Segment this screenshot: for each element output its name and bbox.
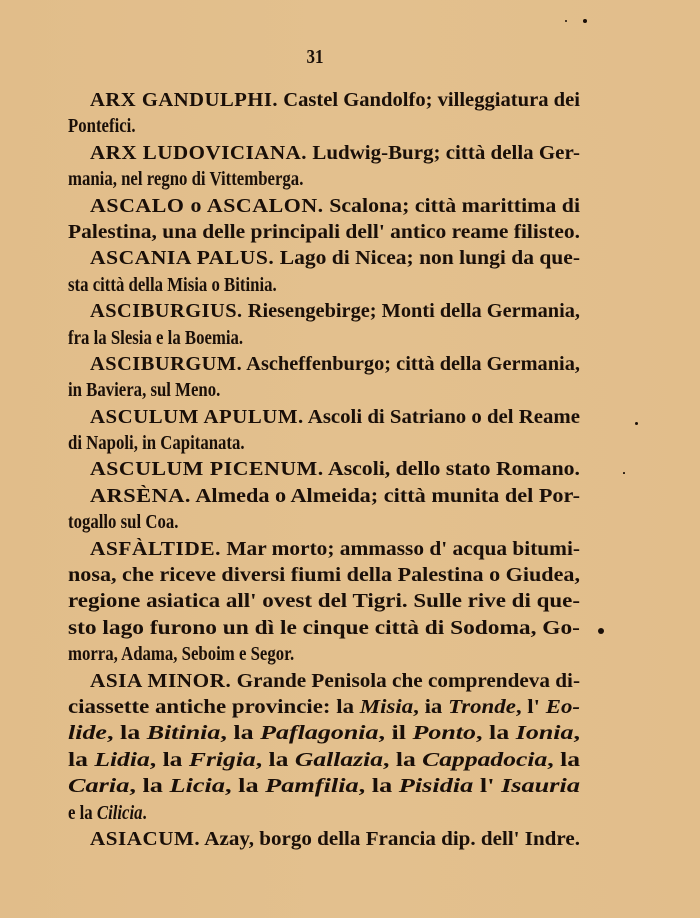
province-name: Lidia (94, 750, 149, 771)
text-line-content: ASCALO o ASCALON. Scalona; città maritti… (90, 194, 580, 220)
text-line: ASCULUM APULUM. Ascoli di Satriano o del… (68, 405, 580, 431)
entry-text: ciassette antiche provincie: la (68, 697, 360, 718)
province-name: Frigia (189, 750, 256, 771)
entry-text: nosa, che riceve diversi fiumi della Pal… (68, 565, 580, 586)
entry-headword: ASIA MINOR. (90, 671, 231, 692)
entry-text: , la (383, 750, 422, 771)
entry-text: Pontefici. (68, 116, 136, 137)
entry-text: Lago di Nicea; non lungi da que- (274, 248, 580, 269)
entry-headword: ASCULUM APULUM. (90, 407, 304, 428)
text-line: ciassette antiche provincie: la Misia, i… (68, 695, 580, 721)
text-line-content: regione asiatica all' ovest del Tigri. S… (68, 589, 580, 615)
province-name: Paflagonia (260, 723, 378, 744)
entry-text: Castel Gandolfo; villeggiatura dei (278, 90, 580, 111)
ink-speck (635, 422, 638, 425)
text-line: ASIA MINOR. Grande Penisola che comprend… (68, 669, 580, 695)
text-line-content: morra, Adama, Seboim e Segor. (68, 642, 294, 668)
text-line-content: togallo sul Coa. (68, 510, 178, 536)
entry-text: regione asiatica all' ovest del Tigri. S… (68, 591, 580, 612)
text-line: ARX LUDOVICIANA. Ludwig-Burg; città dell… (68, 141, 580, 167)
entry-text: Ludwig-Burg; città della Ger- (307, 143, 580, 164)
province-name: Caria (68, 776, 129, 797)
text-line: Palestina, una delle principali dell' an… (68, 220, 580, 246)
province-name: Gallazia (295, 750, 383, 771)
entry-text: , la (547, 750, 580, 771)
entry-text: mania, nel regno di Vittemberga. (68, 169, 303, 190)
ink-speck (598, 628, 604, 634)
province-name: Misia (360, 697, 413, 718)
entry-text: , la (359, 776, 399, 797)
text-line: di Napoli, in Capitanata. (68, 431, 580, 457)
text-line-content: sto lago furono un dì le cinque città di… (68, 616, 580, 642)
entry-text: sta città della Misia o Bitinia. (68, 275, 277, 296)
entry-headword: ASIACUM. (90, 829, 200, 850)
entry-headword: ASCALO o ASCALON. (90, 196, 324, 217)
entry-text: sto lago furono un dì le cinque città di… (68, 618, 580, 639)
entry-headword: ASCANIA PALUS. (90, 248, 274, 269)
entry-text: la (68, 750, 94, 771)
entry-text: , il (379, 723, 413, 744)
entry-text: Grande Penisola che comprendeva di- (231, 671, 580, 692)
entry-text: , la (150, 750, 189, 771)
entry-text: morra, Adama, Seboim e Segor. (68, 644, 294, 665)
ink-speck (583, 19, 587, 23)
text-line: nosa, che riceve diversi fiumi della Pal… (68, 563, 580, 589)
province-name: Ionia (516, 723, 574, 744)
text-line-content: Pontefici. (68, 114, 136, 140)
text-line: togallo sul Coa. (68, 510, 580, 536)
province-name: Cilicia (97, 803, 143, 824)
text-line: sto lago furono un dì le cinque città di… (68, 616, 580, 642)
text-line: in Baviera, sul Meno. (68, 378, 580, 404)
text-line-content: la Lidia, la Frigia, la Gallazia, la Cap… (68, 748, 580, 774)
entry-text: fra la Slesia e la Boemia. (68, 328, 243, 349)
text-line: la Lidia, la Frigia, la Gallazia, la Cap… (68, 748, 580, 774)
text-line-content: di Napoli, in Capitanata. (68, 431, 245, 457)
entry-text: , la (225, 776, 265, 797)
entry-text: . (143, 803, 147, 824)
text-line-content: ARSÈNA. Almeda o Almeida; città munita d… (90, 484, 580, 510)
text-line: lide, la Bitinia, la Paflagonia, il Pont… (68, 721, 580, 747)
province-name: lide (68, 723, 107, 744)
entry-text: togallo sul Coa. (68, 512, 178, 533)
text-line: ASCIBURGUM. Ascheffenburgo; città della … (68, 352, 580, 378)
text-line-content: lide, la Bitinia, la Paflagonia, il Pont… (68, 721, 580, 747)
entry-headword: ARSÈNA. (90, 486, 191, 507)
province-name: Eo- (546, 697, 580, 718)
province-name: Licia (170, 776, 225, 797)
entry-text: , ia (413, 697, 448, 718)
text-line-content: ASCANIA PALUS. Lago di Nicea; non lungi … (90, 246, 580, 272)
text-line-content: ASCIBURGIUS. Riesengebirge; Monti della … (90, 299, 580, 325)
entry-text: Ascheffenburgo; città della Germania, (242, 354, 580, 375)
entry-headword: ASCULUM PICENUM. (90, 459, 324, 480)
province-name: Bitinia (147, 723, 221, 744)
text-line-content: nosa, che riceve diversi fiumi della Pal… (68, 563, 580, 589)
entry-text: , (574, 723, 580, 744)
entry-text: , la (129, 776, 169, 797)
text-line: e la Cilicia. (68, 801, 580, 827)
text-line: ASCANIA PALUS. Lago di Nicea; non lungi … (68, 246, 580, 272)
text-line: ASCALO o ASCALON. Scalona; città maritti… (68, 194, 580, 220)
text-line-content: Caria, la Licia, la Pamfilia, la Pisidia… (68, 774, 580, 800)
book-page: 31 ARX GANDULPHI. Castel Gandolfo; ville… (0, 0, 700, 918)
text-line-content: ASCULUM PICENUM. Ascoli, dello stato Rom… (90, 457, 580, 483)
entry-text: , la (220, 723, 260, 744)
text-line: mania, nel regno di Vittemberga. (68, 167, 580, 193)
entry-headword: ASFÀLTIDE. (90, 539, 221, 560)
entry-text: , la (476, 723, 516, 744)
ink-speck (623, 472, 625, 474)
entry-text: , l' (516, 697, 546, 718)
province-name: Cappadocia (422, 750, 547, 771)
entry-text: Azay, borgo della Francia dip. dell' Ind… (200, 829, 580, 850)
text-line: fra la Slesia e la Boemia. (68, 326, 580, 352)
text-line-content: ARX LUDOVICIANA. Ludwig-Burg; città dell… (90, 141, 580, 167)
entry-text: Almeda o Almeida; città munita del Por- (191, 486, 580, 507)
text-line: Caria, la Licia, la Pamfilia, la Pisidia… (68, 774, 580, 800)
text-line-content: ARX GANDULPHI. Castel Gandolfo; villeggi… (90, 88, 580, 114)
text-line-content: sta città della Misia o Bitinia. (68, 273, 277, 299)
text-line: ARSÈNA. Almeda o Almeida; città munita d… (68, 484, 580, 510)
text-line: sta città della Misia o Bitinia. (68, 273, 580, 299)
entry-text: Palestina, una delle principali dell' an… (68, 222, 580, 243)
text-line-content: ciassette antiche provincie: la Misia, i… (68, 695, 580, 721)
entry-headword: ARX GANDULPHI. (90, 90, 278, 111)
province-name: Pamfilia (265, 776, 358, 797)
text-line: ASCIBURGIUS. Riesengebirge; Monti della … (68, 299, 580, 325)
text-line-content: mania, nel regno di Vittemberga. (68, 167, 303, 193)
dictionary-text-block: ARX GANDULPHI. Castel Gandolfo; villeggi… (68, 88, 580, 853)
entry-text: e la (68, 803, 97, 824)
entry-text: Ascoli di Satriano o del Reame (304, 407, 580, 428)
entry-text: l' (473, 776, 501, 797)
text-line-content: ASFÀLTIDE. Mar morto; ammasso d' acqua b… (90, 537, 580, 563)
entry-text: Ascoli, dello stato Romano. (324, 459, 580, 480)
province-name: Pisidia (399, 776, 474, 797)
entry-headword: ASCIBURGUM. (90, 354, 242, 375)
text-line-content: Palestina, una delle principali dell' an… (68, 220, 580, 246)
province-name: Ponto (412, 723, 476, 744)
text-line-content: ASIACUM. Azay, borgo della Francia dip. … (90, 827, 580, 853)
text-line-content: fra la Slesia e la Boemia. (68, 326, 243, 352)
text-line: regione asiatica all' ovest del Tigri. S… (68, 589, 580, 615)
entry-headword: ARX LUDOVICIANA. (90, 143, 307, 164)
province-name: Isauria (501, 776, 580, 797)
text-line-content: ASCULUM APULUM. Ascoli di Satriano o del… (90, 405, 580, 431)
text-line: morra, Adama, Seboim e Segor. (68, 642, 580, 668)
ink-speck (565, 20, 567, 22)
entry-text: , la (256, 750, 295, 771)
province-name: Tronde (448, 697, 516, 718)
text-line: ASIACUM. Azay, borgo della Francia dip. … (68, 827, 580, 853)
entry-text: in Baviera, sul Meno. (68, 380, 220, 401)
text-line: Pontefici. (68, 114, 580, 140)
text-line-content: in Baviera, sul Meno. (68, 378, 220, 404)
text-line: ASFÀLTIDE. Mar morto; ammasso d' acqua b… (68, 537, 580, 563)
text-line-content: e la Cilicia. (68, 801, 147, 827)
text-line: ASCULUM PICENUM. Ascoli, dello stato Rom… (68, 457, 580, 483)
entry-text: , la (107, 723, 147, 744)
entry-text: Scalona; città marittima di (324, 196, 580, 217)
entry-text: Riesengebirge; Monti della Germania, (243, 301, 580, 322)
page-number: 31 (47, 46, 583, 69)
text-line-content: ASIA MINOR. Grande Penisola che comprend… (90, 669, 580, 695)
entry-text: di Napoli, in Capitanata. (68, 433, 245, 454)
entry-headword: ASCIBURGIUS. (90, 301, 243, 322)
text-line: ARX GANDULPHI. Castel Gandolfo; villeggi… (68, 88, 580, 114)
entry-text: Mar morto; ammasso d' acqua bitumi- (221, 539, 580, 560)
text-line-content: ASCIBURGUM. Ascheffenburgo; città della … (90, 352, 580, 378)
